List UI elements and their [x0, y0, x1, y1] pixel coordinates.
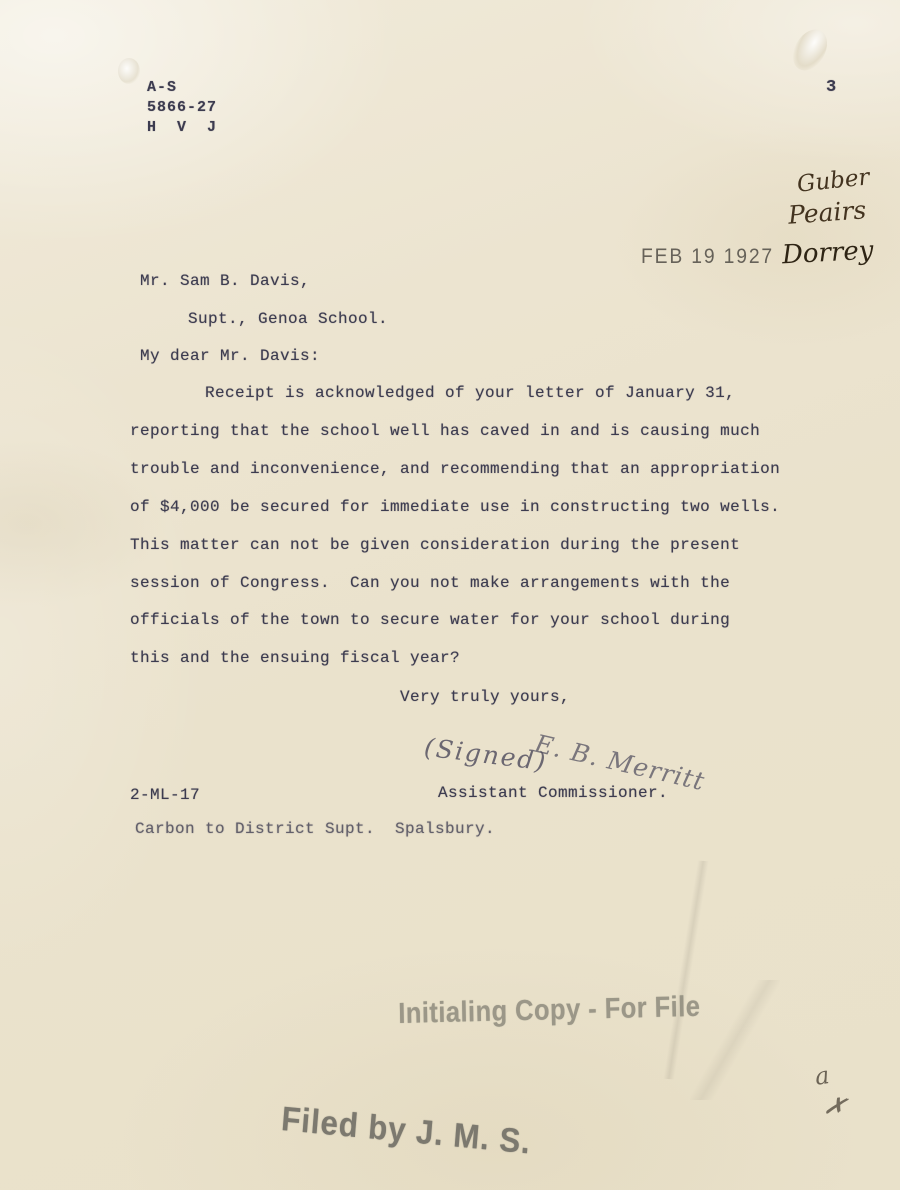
recipient-name: Mr. Sam B. Davis,: [140, 272, 310, 290]
paper-smudge-streak-2: [690, 980, 780, 1100]
closing-line: Very truly yours,: [400, 688, 570, 706]
crease-top-right: [786, 23, 834, 76]
crease-top-left: [118, 58, 140, 84]
date-received-stamp: FEB 19 1927: [641, 245, 774, 269]
handwritten-name-3: Dorrey: [781, 236, 874, 271]
body-line-6: session of Congress. Can you not make ar…: [130, 574, 730, 592]
body-line-1: Receipt is acknowledged of your letter o…: [205, 384, 735, 402]
file-header-line-3: H V J: [147, 119, 222, 136]
body-line-3: trouble and inconvenience, and recommend…: [130, 460, 780, 478]
handwritten-name-2: Peairs: [787, 195, 867, 229]
recipient-title: Supt., Genoa School.: [188, 310, 388, 328]
filed-by-stamp: Filed by J. M. S.: [280, 1100, 532, 1163]
pencil-mark-a: a: [813, 1061, 831, 1091]
page-number: 3: [826, 78, 837, 97]
reference-code: 2-ML-17: [130, 786, 200, 804]
carbon-note: Carbon to District Supt. Spalsbury.: [135, 820, 495, 838]
signature-title: Assistant Commissioner.: [438, 784, 668, 802]
handwritten-name-1: Guber: [796, 164, 871, 197]
paper-smudge-streak: [660, 859, 711, 1081]
scanned-letter-page: A-S 5866-27 H V J 3 Guber Peairs Dorrey …: [0, 0, 900, 1190]
body-line-5: This matter can not be given considerati…: [130, 536, 740, 554]
body-line-4: of $4,000 be secured for immediate use i…: [130, 498, 780, 516]
pencil-mark-x: ✗: [821, 1090, 849, 1124]
body-line-2: reporting that the school well has caved…: [130, 422, 760, 440]
signed-label-stamp: (Signed): [423, 733, 549, 777]
initialing-copy-stamp: Initialing Copy - For File: [398, 991, 701, 1031]
body-line-8: this and the ensuing fiscal year?: [130, 649, 460, 667]
file-header-line-1: A-S: [147, 79, 177, 96]
file-header-line-2: 5866-27: [147, 99, 217, 116]
salutation: My dear Mr. Davis:: [140, 347, 320, 365]
body-line-7: officials of the town to secure water fo…: [130, 611, 730, 629]
